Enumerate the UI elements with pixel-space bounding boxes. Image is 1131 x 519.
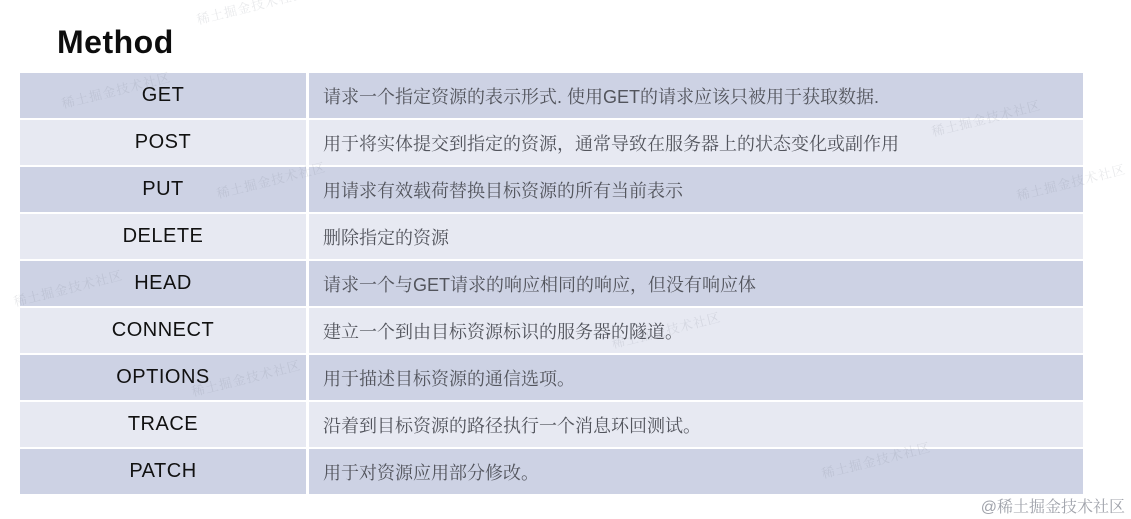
description-cell: 建立一个到由目标资源标识的服务器的隧道。 — [309, 308, 1083, 353]
table-row: GET请求一个指定资源的表示形式. 使用GET的请求应该只被用于获取数据. — [20, 73, 1083, 118]
watermark-credit: @稀土掘金技术社区 — [981, 494, 1125, 517]
page-title: Method — [57, 24, 174, 61]
table-row: PATCH用于对资源应用部分修改。 — [20, 449, 1083, 494]
method-cell: PUT — [20, 167, 306, 212]
description-cell: 用于将实体提交到指定的资源，通常导致在服务器上的状态变化或副作用 — [309, 120, 1083, 165]
table-row: TRACE沿着到目标资源的路径执行一个消息环回测试。 — [20, 402, 1083, 447]
description-cell: 请求一个与GET请求的响应相同的响应，但没有响应体 — [309, 261, 1083, 306]
description-cell: 用请求有效载荷替换目标资源的所有当前表示 — [309, 167, 1083, 212]
table-row: CONNECT建立一个到由目标资源标识的服务器的隧道。 — [20, 308, 1083, 353]
method-cell: CONNECT — [20, 308, 306, 353]
table-row: PUT用请求有效载荷替换目标资源的所有当前表示 — [20, 167, 1083, 212]
description-cell: 请求一个指定资源的表示形式. 使用GET的请求应该只被用于获取数据. — [309, 73, 1083, 118]
method-cell: DELETE — [20, 214, 306, 259]
watermark-tile: 稀土掘金技术社区 — [194, 0, 307, 28]
description-cell: 删除指定的资源 — [309, 214, 1083, 259]
method-cell: PATCH — [20, 449, 306, 494]
table-row: OPTIONS用于描述目标资源的通信选项。 — [20, 355, 1083, 400]
method-cell: OPTIONS — [20, 355, 306, 400]
method-cell: HEAD — [20, 261, 306, 306]
table-row: POST用于将实体提交到指定的资源，通常导致在服务器上的状态变化或副作用 — [20, 120, 1083, 165]
table-row: DELETE删除指定的资源 — [20, 214, 1083, 259]
method-cell: POST — [20, 120, 306, 165]
table-row: HEAD请求一个与GET请求的响应相同的响应，但没有响应体 — [20, 261, 1083, 306]
description-cell: 用于描述目标资源的通信选项。 — [309, 355, 1083, 400]
description-cell: 沿着到目标资源的路径执行一个消息环回测试。 — [309, 402, 1083, 447]
description-cell: 用于对资源应用部分修改。 — [309, 449, 1083, 494]
method-cell: TRACE — [20, 402, 306, 447]
method-cell: GET — [20, 73, 306, 118]
http-methods-table: GET请求一个指定资源的表示形式. 使用GET的请求应该只被用于获取数据.POS… — [20, 73, 1083, 494]
